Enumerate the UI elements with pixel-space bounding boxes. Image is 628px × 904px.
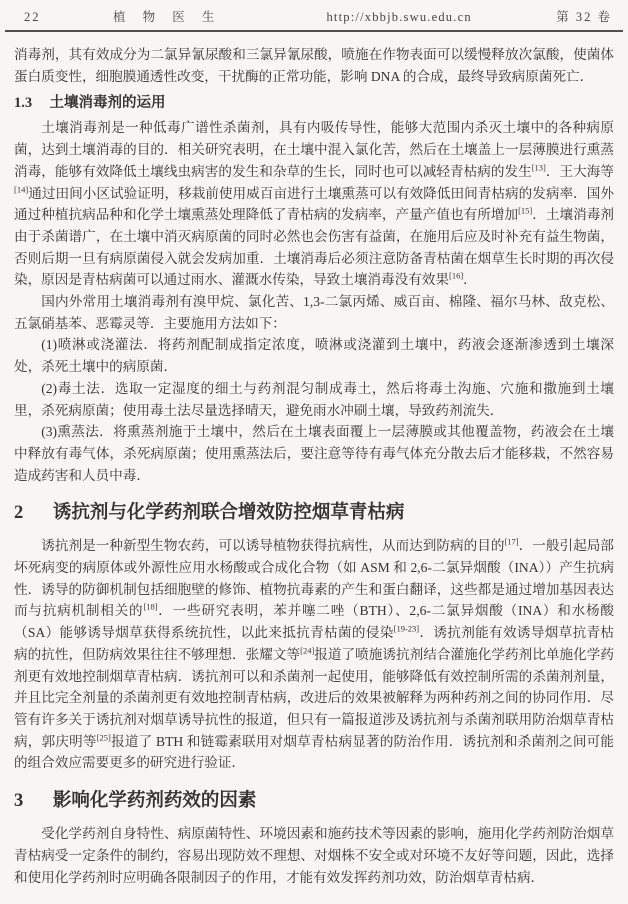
- body-paragraph: (1)喷淋或浇灌法．将药剂配制成指定浓度，喷淋或浇灌到土壤中，药液会逐渐渗透到土…: [14, 334, 614, 377]
- heading-number: 3: [14, 791, 23, 811]
- citation-ref: [15]: [518, 206, 532, 216]
- page-header: 22 植 物 医 生 http://xbbjb.swu.edu.cn 第 32 …: [0, 0, 628, 29]
- body-paragraph: 消毒剂，其有效成分为二氯异氰尿酸和三氯异氰尿酸，喷施在作物表面可以缓慢释放次氯酸…: [14, 44, 614, 87]
- citation-ref: [25]: [97, 732, 111, 742]
- body-paragraph: 诱抗剂是一种新型生物农药，可以诱导植物获得抗病性，从而达到防病的目的[17]．一…: [14, 535, 614, 774]
- citation-ref: [18]: [143, 602, 157, 612]
- volume-label: 第 32 卷: [540, 7, 612, 25]
- body-paragraph: 国内外常用土壤消毒剂有溴甲烷、氯化苦、1,3-二氯丙烯、威百亩、棉隆、福尔马林、…: [14, 291, 614, 334]
- section-heading: 3影响化学药剂药效的因素: [14, 788, 614, 814]
- citation-ref: [24]: [300, 645, 314, 655]
- heading-number: 2: [14, 503, 23, 523]
- body-paragraph: 受化学药剂自身特性、病原菌特性、环境因素和施药技术等因素的影响，施用化学药剂防治…: [14, 823, 614, 888]
- citation-ref: [17]: [504, 537, 518, 547]
- subsection-heading: 1.3土壤消毒剂的运用: [14, 93, 614, 113]
- journal-page: 22 植 物 医 生 http://xbbjb.swu.edu.cn 第 32 …: [0, 0, 628, 904]
- heading-title: 影响化学药剂药效的因素: [53, 791, 257, 811]
- body-paragraph: (3)熏蒸法．将熏蒸剂施于土壤中，然后在土壤表面覆上一层薄膜或其他覆盖物，药液会…: [14, 421, 614, 486]
- citation-ref: [13]: [532, 162, 546, 172]
- heading-title: 土壤消毒剂的运用: [50, 95, 166, 111]
- journal-title: 植 物 医 生: [76, 7, 258, 25]
- citation-ref: [16]: [449, 271, 463, 281]
- heading-number: 1.3: [14, 95, 32, 111]
- document-content: 消毒剂，其有效成分为二氯异氰尿酸和三氯异氰尿酸，喷施在作物表面可以缓慢释放次氯酸…: [0, 32, 628, 888]
- section-heading: 2诱抗剂与化学药剂联合增效防控烟草青枯病: [14, 500, 614, 526]
- heading-title: 诱抗剂与化学药剂联合增效防控烟草青枯病: [53, 503, 405, 523]
- journal-url: http://xbbjb.swu.edu.cn: [258, 10, 540, 25]
- body-paragraph: 土壤消毒剂是一种低毒广谱性杀菌剂，具有内吸传导性，能够大范围内杀灭土壤中的各种病…: [14, 117, 614, 291]
- citation-ref: [14]: [14, 184, 28, 194]
- body-paragraph: (2)毒土法．选取一定湿度的细土与药剂混匀制成毒土，然后将毒土沟施、穴施和撒施到…: [14, 378, 614, 421]
- citation-ref: [19-23]: [394, 624, 420, 634]
- page-number: 22: [24, 10, 76, 25]
